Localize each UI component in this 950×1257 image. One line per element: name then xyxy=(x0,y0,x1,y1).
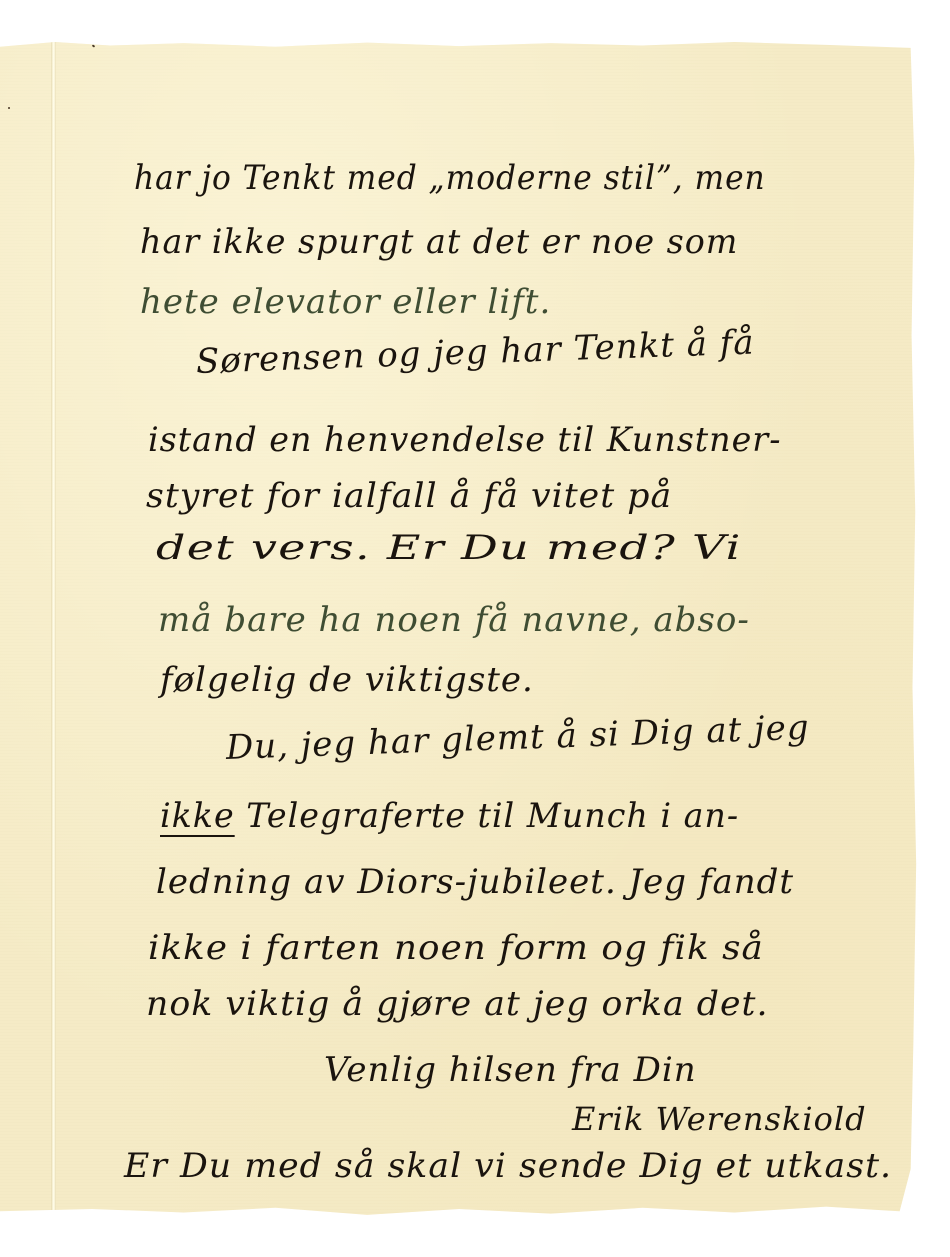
letter-signature: Erik Werenskiold xyxy=(572,1100,867,1138)
letter-line-11: ikke Telegraferte til Munch i an- xyxy=(160,796,739,836)
signature-text: Erik Werenskiold xyxy=(572,1100,867,1138)
letter-line-8: må bare ha noen få navne, abso- xyxy=(158,600,750,640)
line-text: ledning av Diors-jubileet. Jeg fandt xyxy=(156,862,794,902)
line-text: ikke i farten noen form og fik så xyxy=(148,928,764,968)
letter-line-14: nok viktig å gjøre at jeg orka det. xyxy=(146,984,769,1024)
line-text: Telegraferte til Munch i an- xyxy=(235,796,739,836)
letter-closing: Venlig hilsen fra Din xyxy=(324,1050,697,1090)
paper-fold-crease xyxy=(51,42,56,1216)
letter-line-6: styret for ialfall å få vitet på xyxy=(146,476,672,516)
line-text: nok viktig å gjøre at jeg orka det. xyxy=(146,984,769,1024)
line-text: istand en henvendelse til Kunstner- xyxy=(148,420,781,460)
letter-line-1: har jo Tenkt med „moderne stil”, men xyxy=(134,158,766,198)
letter-line-3: hete elevator eller lift. xyxy=(140,282,551,322)
scan-canvas: har jo Tenkt med „moderne stil”, men har… xyxy=(0,0,950,1257)
postscript-text: Er Du med så skal vi sende Dig et utkast… xyxy=(124,1146,892,1186)
letter-postscript: Er Du med så skal vi sende Dig et utkast… xyxy=(124,1146,892,1186)
letter-line-13: ikke i farten noen form og fik så xyxy=(148,928,764,968)
letter-line-2: har ikke spurgt at det er noe som xyxy=(140,222,738,262)
letter-line-5: istand en henvendelse til Kunstner- xyxy=(148,420,781,460)
line-text: har ikke spurgt at det er noe som xyxy=(140,222,738,262)
line-text: må bare ha noen få navne, abso- xyxy=(158,600,750,640)
ink-speck xyxy=(92,44,96,47)
letter-line-9: følgelig de viktigste. xyxy=(160,660,534,700)
letter-line-7: det vers. Er Du med? Vi xyxy=(156,528,742,568)
underlined-word: ikke xyxy=(160,796,235,836)
line-text: hete elevator eller lift. xyxy=(140,282,551,322)
closing-text: Venlig hilsen fra Din xyxy=(324,1050,697,1090)
line-text: følgelig de viktigste. xyxy=(160,660,534,700)
line-text: det vers. Er Du med? Vi xyxy=(156,528,742,568)
letter-line-12: ledning av Diors-jubileet. Jeg fandt xyxy=(156,862,794,902)
line-text: har jo Tenkt med „moderne stil”, men xyxy=(134,158,766,198)
ink-speck xyxy=(8,107,11,110)
line-text: styret for ialfall å få vitet på xyxy=(146,476,672,516)
